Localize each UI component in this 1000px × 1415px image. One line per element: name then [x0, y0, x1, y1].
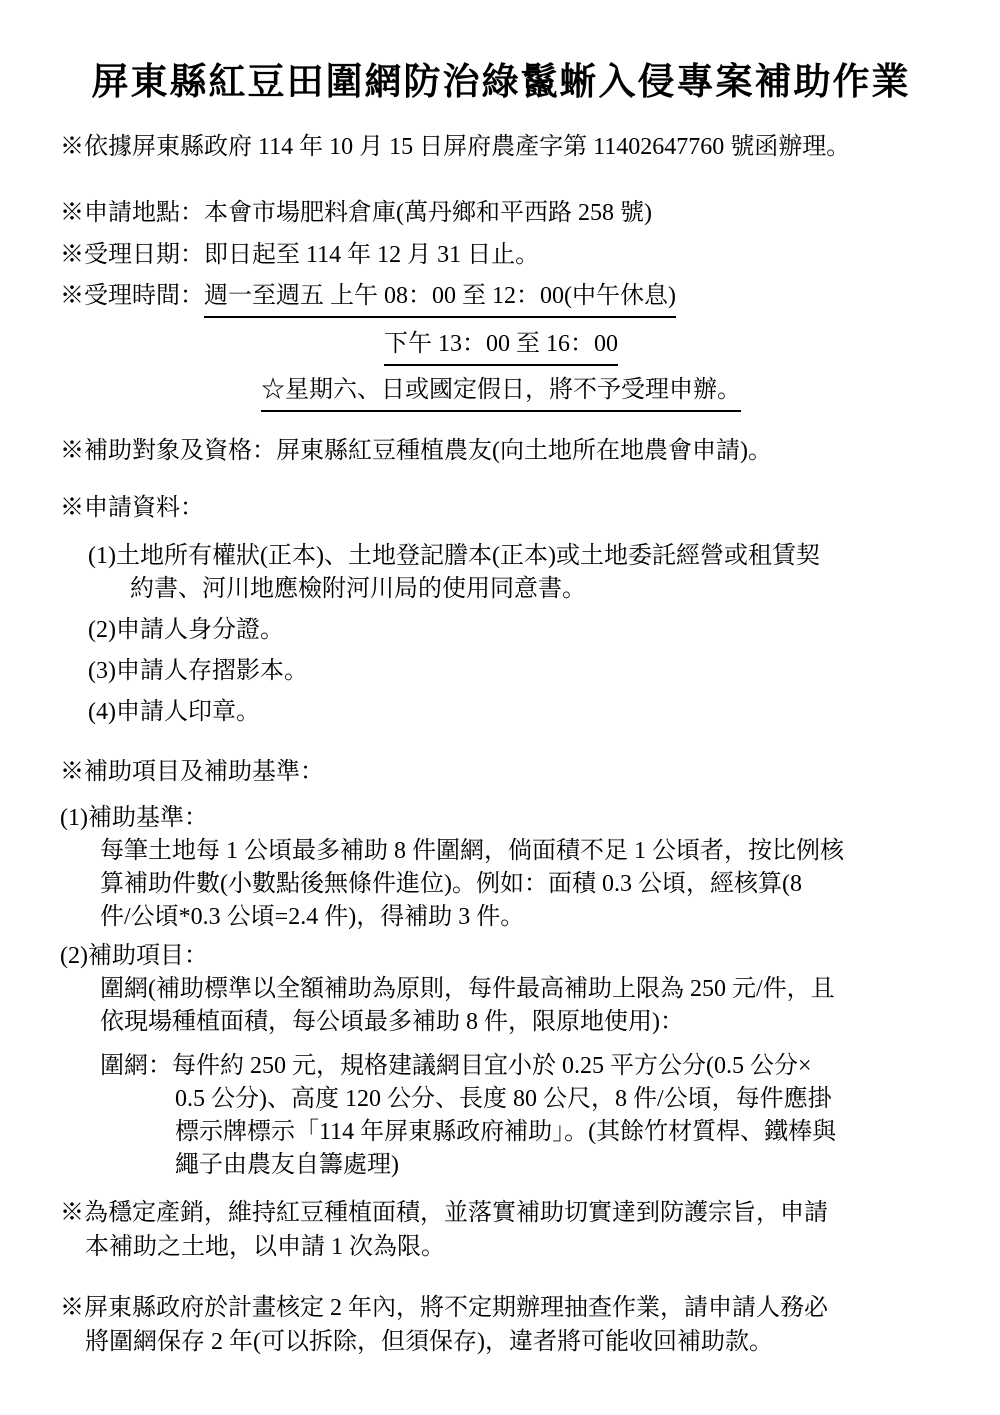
subsidy-criteria-text: 每筆土地每 1 公頃最多補助 8 件圍網，倘面積不足 1 公頃者，按比例核	[100, 835, 942, 868]
acceptance-time-label: ※受理時間：	[60, 283, 204, 309]
note-text: ※屏東縣政府於計畫核定 2 年內，將不定期辦理抽查作業，請申請人務必	[60, 1291, 942, 1325]
note-text: 將圍網保存 2 年(可以拆除，但須保存)，違者將可能收回補助款。	[85, 1325, 942, 1359]
net-spec-text: 圍網：每件約 250 元，規格建議網目宜小於 0.25 平方公分(0.5 公分×	[100, 1050, 942, 1083]
basis-line: ※依據屏東縣政府 114 年 10 月 15 日屏府農產字第 114026477…	[60, 130, 942, 164]
holiday-note-value: ☆星期六、日或國定假日，將不予受理申辦。	[261, 373, 741, 412]
list-item-continuation: 約書、河川地應檢附河川局的使用同意書。	[130, 573, 942, 606]
afternoon-time-line: 下午 13：00 至 16：00	[60, 327, 942, 366]
subsidy-items-text: 依現場種植面積，每公頃最多補助 8 件，限原地使用)：	[100, 1006, 942, 1039]
note-single-application: ※為穩定產銷，維持紅豆種植面積，並落實補助切實達到防護宗旨，申請 本補助之土地，…	[60, 1196, 942, 1264]
application-materials-heading: ※申請資料：	[60, 491, 942, 525]
document-page: 屏東縣紅豆田圍網防治綠鬣蜥入侵專案補助作業 ※依據屏東縣政府 114 年 10 …	[0, 0, 1000, 1415]
net-spec-text: 標示牌標示「114 年屏東縣政府補助」。(其餘竹材質桿、鐵棒與	[175, 1116, 942, 1149]
subsidy-heading: ※補助項目及補助基準：	[60, 755, 942, 789]
subsidy-criteria-text: 算補助件數(小數點後無條件進位)。例如：面積 0.3 公頃，經核算(8	[100, 868, 942, 901]
subsidy-criteria-section: (1)補助基準： 每筆土地每 1 公頃最多補助 8 件圍網，倘面積不足 1 公頃…	[60, 802, 942, 934]
list-item: (4)申請人印章。	[88, 696, 942, 729]
net-spec-section: 圍網：每件約 250 元，規格建議網目宜小於 0.25 平方公分(0.5 公分×…	[60, 1050, 942, 1182]
subsidy-items-label: (2)補助項目：	[60, 940, 942, 973]
page-title: 屏東縣紅豆田圍網防治綠鬣蜥入侵專案補助作業	[60, 60, 942, 106]
holiday-note-line: ☆星期六、日或國定假日，將不予受理申辦。	[60, 373, 942, 412]
note-text: ※為穩定產銷，維持紅豆種植面積，並落實補助切實達到防護宗旨，申請	[60, 1196, 942, 1230]
note-text: 本補助之土地，以申請 1 次為限。	[85, 1230, 942, 1264]
subsidy-items-text: 圍網(補助標準以全額補助為原則，每件最高補助上限為 250 元/件，且	[100, 973, 942, 1006]
acceptance-time-line: ※受理時間：週一至週五 上午 08：00 至 12：00(中午休息)	[60, 279, 942, 318]
subsidy-criteria-text: 件/公頃*0.3 公頃=2.4 件)，得補助 3 件。	[100, 901, 942, 934]
eligibility-line: ※補助對象及資格：屏東縣紅豆種植農友(向土地所在地農會申請)。	[60, 434, 942, 468]
note-audit: ※屏東縣政府於計畫核定 2 年內，將不定期辦理抽查作業，請申請人務必 將圍網保存…	[60, 1291, 942, 1359]
subsidy-criteria-label: (1)補助基準：	[60, 802, 942, 835]
net-spec-text: 繩子由農友自籌處理)	[175, 1149, 942, 1182]
list-item: (2)申請人身分證。	[88, 614, 942, 647]
acceptance-date-line: ※受理日期：即日起至 114 年 12 月 31 日止。	[60, 238, 942, 272]
subsidy-items-section: (2)補助項目： 圍網(補助標準以全額補助為原則，每件最高補助上限為 250 元…	[60, 940, 942, 1039]
application-location-line: ※申請地點：本會市場肥料倉庫(萬丹鄉和平西路 258 號)	[60, 196, 942, 230]
list-item: (3)申請人存摺影本。	[88, 655, 942, 688]
net-spec-text: 0.5 公分)、高度 120 公分、長度 80 公尺，8 件/公頃，每件應掛	[175, 1083, 942, 1116]
list-item: (1)土地所有權狀(正本)、土地登記謄本(正本)或土地委託經營或租賃契	[88, 540, 942, 573]
application-materials-list: (1)土地所有權狀(正本)、土地登記謄本(正本)或土地委託經營或租賃契 約書、河…	[60, 540, 942, 729]
afternoon-time-value: 下午 13：00 至 16：00	[384, 327, 618, 366]
acceptance-time-value: 週一至週五 上午 08：00 至 12：00(中午休息)	[204, 279, 676, 318]
